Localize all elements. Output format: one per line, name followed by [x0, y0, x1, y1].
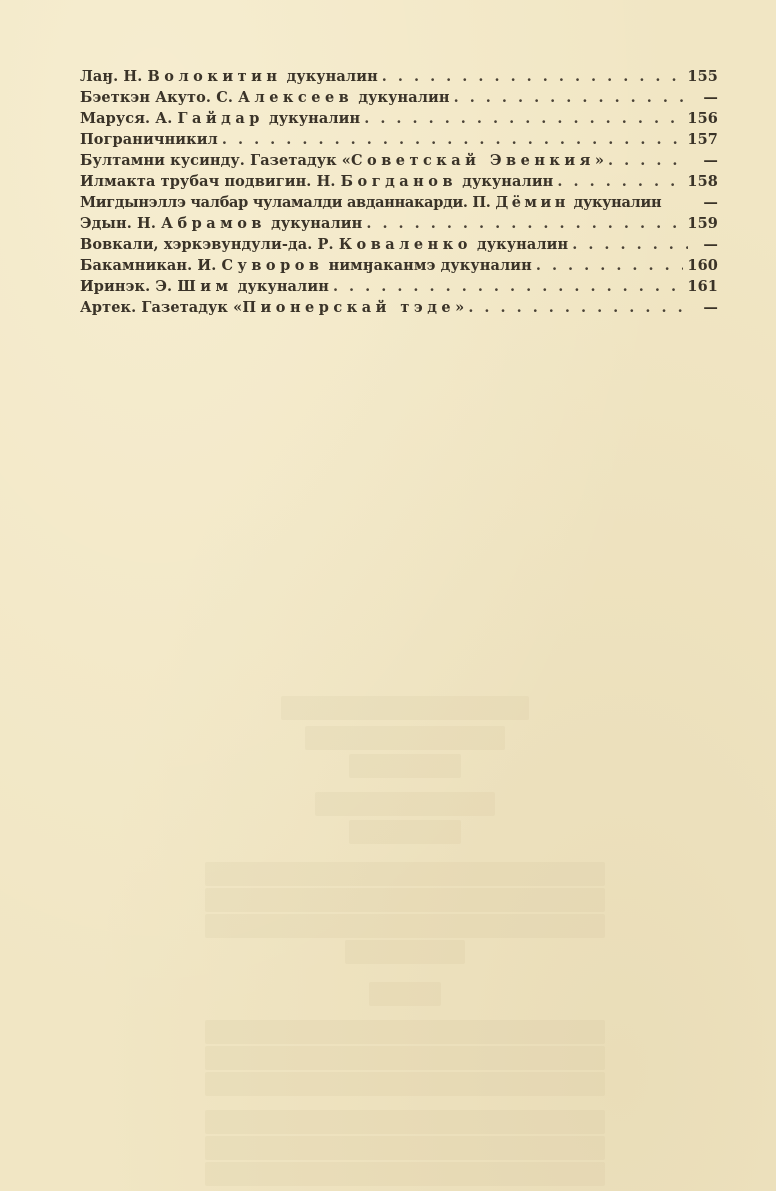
toc-entry: Бултамни кусинду. Газетадук «Советскай Э…	[80, 152, 718, 173]
toc-page-number: —	[692, 152, 718, 169]
toc-page-number: 160	[687, 257, 718, 274]
toc-entry-title: Илмакта трубач подвигин. Н. Богданов дук…	[80, 173, 553, 190]
toc-page-number: —	[692, 89, 718, 106]
toc-page-number: 157	[687, 131, 718, 148]
toc-entry: Илмакта трубач подвигин. Н. Богданов дук…	[80, 173, 718, 194]
toc-entry: Лаӈ. Н. Волокитин дукуналин 155	[80, 68, 718, 89]
dot-leader	[608, 152, 688, 169]
toc-entry: Эдын. Н. Абрамов дукуналин 159	[80, 215, 718, 236]
toc-entry-title: Бакамникан. И. Суворов нимӈаканмэ дукуна…	[80, 257, 532, 274]
toc-page-number: 159	[687, 215, 718, 232]
toc-entry: Бэеткэн Акуто. С. Алексеев дукуналин —	[80, 89, 718, 110]
toc-entry: Бакамникан. И. Суворов нимӈаканмэ дукуна…	[80, 257, 718, 278]
toc-page-number: 158	[687, 173, 718, 190]
toc-entry-title: Бэеткэн Акуто. С. Алексеев дукуналин	[80, 89, 450, 106]
dot-leader	[222, 131, 684, 148]
dot-leader	[366, 215, 683, 232]
toc-entry: Артек. Газетадук «Пионерскай тэде» —	[80, 299, 718, 320]
dot-leader	[382, 68, 684, 85]
toc-page-number: —	[692, 236, 718, 253]
dot-leader	[536, 257, 684, 274]
toc-entry: Мигдынэллэ чалбар чуламалди авданнакарди…	[80, 194, 718, 215]
toc-entry-title: Вовкали, хэркэвундули-да. Р. Коваленко д…	[80, 236, 568, 253]
toc-entry-title: Бултамни кусинду. Газетадук «Советскай Э…	[80, 152, 604, 169]
toc-entry-title: Мигдынэллэ чалбар чуламалди авданнакарди…	[80, 194, 661, 211]
toc-page-number: —	[692, 299, 718, 316]
toc-entry-title: Пограничникил	[80, 131, 218, 148]
toc-entry: Иринэк. Э. Шим дукуналин 161	[80, 278, 718, 299]
toc-page-number: 155	[687, 68, 718, 85]
toc-entry-title: Иринэк. Э. Шим дукуналин	[80, 278, 329, 295]
dot-leader	[557, 173, 683, 190]
toc-entry-title: Эдын. Н. Абрамов дукуналин	[80, 215, 362, 232]
dot-leader	[572, 236, 688, 253]
toc-page-number: 161	[687, 278, 718, 295]
bleed-through-texture	[205, 690, 605, 1191]
dot-leader	[454, 89, 688, 106]
toc-page-number: —	[692, 194, 718, 211]
toc-entry-title: Лаӈ. Н. Волокитин дукуналин	[80, 68, 378, 85]
dot-leader	[333, 278, 683, 295]
toc-page-number: 156	[687, 110, 718, 127]
toc-entry: Маруся. А. Гайдар дукуналин 156	[80, 110, 718, 131]
toc-entry-title: Артек. Газетадук «Пионерскай тэде»	[80, 299, 464, 316]
toc-entry-title: Маруся. А. Гайдар дукуналин	[80, 110, 360, 127]
table-of-contents: Лаӈ. Н. Волокитин дукуналин 155 Бэеткэн …	[80, 68, 718, 320]
toc-entry: Вовкали, хэркэвундули-да. Р. Коваленко д…	[80, 236, 718, 257]
dot-leader	[364, 110, 683, 127]
toc-entry: Пограничникил 157	[80, 131, 718, 152]
book-page: Лаӈ. Н. Волокитин дукуналин 155 Бэеткэн …	[0, 0, 776, 1191]
dot-leader	[468, 299, 688, 316]
